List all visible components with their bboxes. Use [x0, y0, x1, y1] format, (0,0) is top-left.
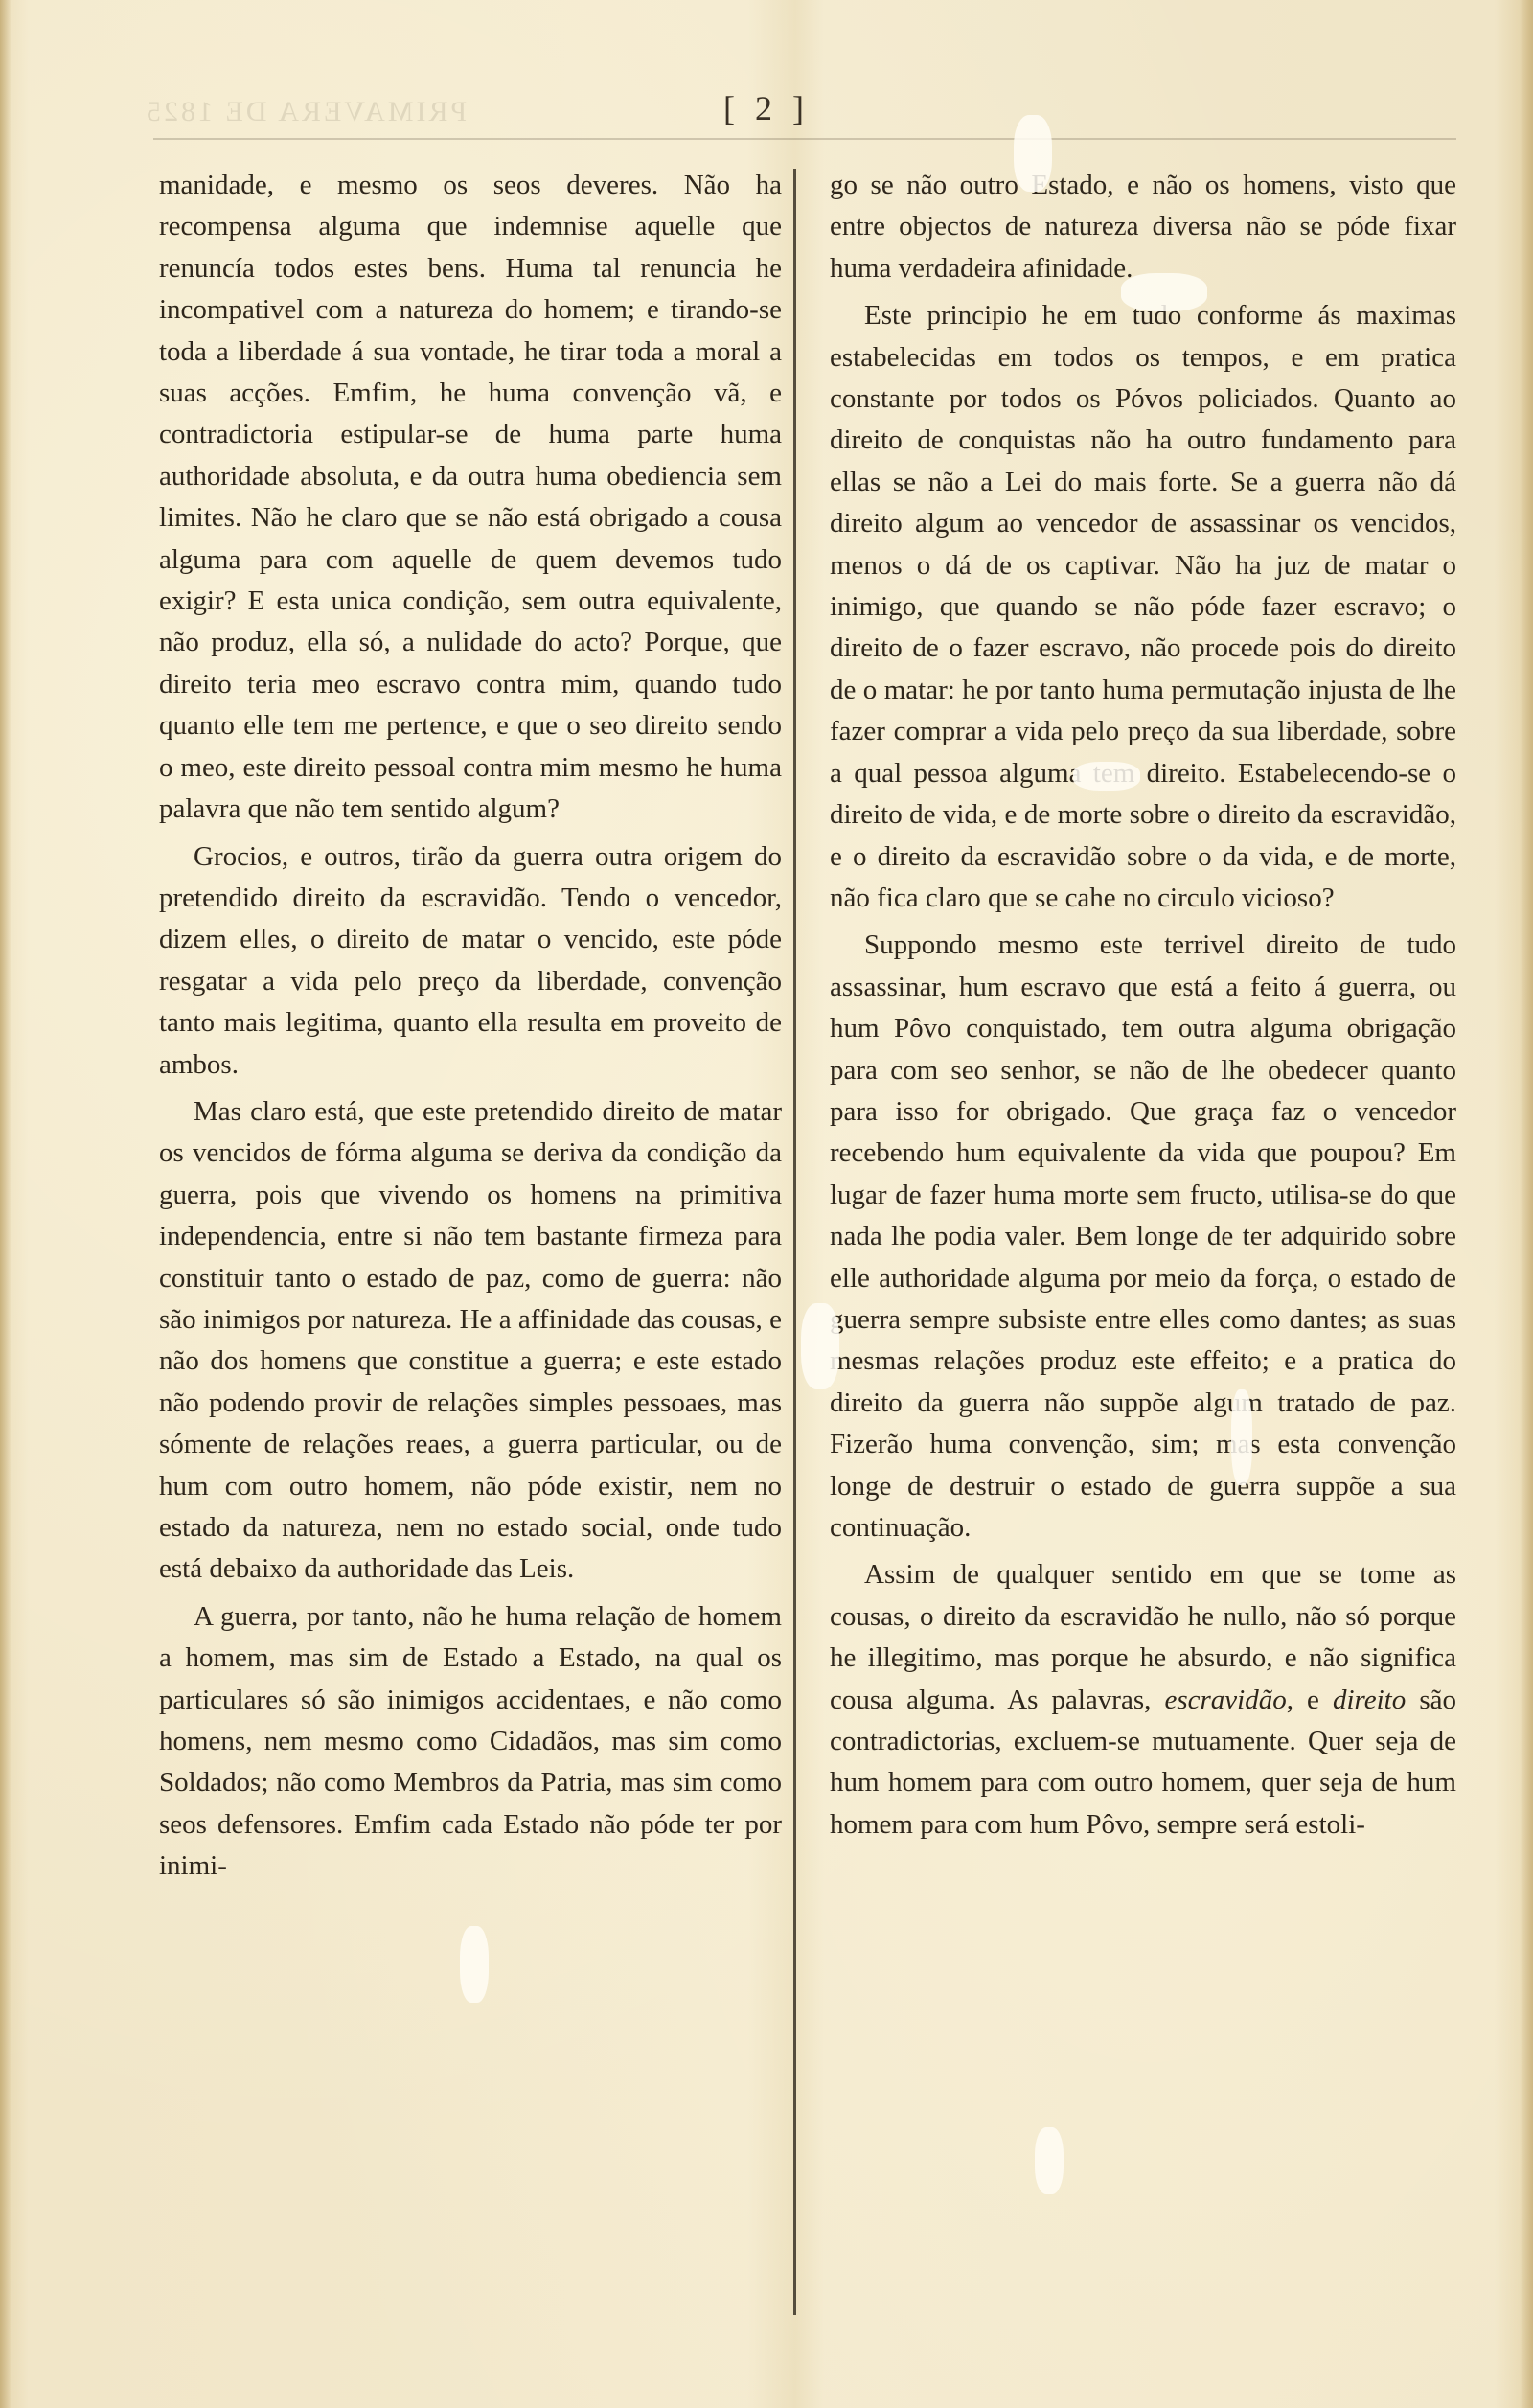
paper-stain — [1231, 1389, 1252, 1485]
paper-edge-left — [0, 0, 11, 2408]
page-header: [ 2 ] — [0, 88, 1533, 128]
paper-stain — [1073, 762, 1140, 791]
left-column: manidade, e mesmo os seos deveres. Não h… — [159, 165, 782, 1888]
paragraph: go se não outro Estado, e não os homens,… — [830, 165, 1456, 289]
page-number: [ 2 ] — [723, 89, 810, 127]
paragraph: manidade, e mesmo os seos deveres. Não h… — [159, 165, 782, 831]
paragraph: Mas claro está, que este pretendido dire… — [159, 1091, 782, 1591]
paragraph: Este principio he em tudo conforme ás ma… — [830, 295, 1456, 919]
italic-term: escravidão — [1164, 1685, 1286, 1715]
paragraph: Assim de qualquer sentido em que se tome… — [830, 1554, 1456, 1846]
paper-stain — [801, 1303, 839, 1389]
paragraph: Suppondo mesmo este terrivel direito de … — [830, 925, 1456, 1548]
paper-edge-right — [1520, 0, 1533, 2408]
paper-stain — [1121, 273, 1207, 311]
paragraph: Grocios, e outros, tirão da guerra outra… — [159, 837, 782, 1086]
right-column: go se não outro Estado, e não os homens,… — [830, 165, 1456, 1846]
paper-stain — [460, 1926, 489, 2003]
paragraph: A guerra, por tanto, não he huma relação… — [159, 1596, 782, 1888]
paper-stain — [1014, 115, 1052, 192]
newspaper-page: PRIMAVERA DE 1825 [ 2 ] manidade, e mesm… — [0, 0, 1533, 2408]
paragraph-text: , e — [1287, 1685, 1333, 1715]
paper-stain — [1035, 2127, 1064, 2194]
column-divider — [793, 169, 796, 2315]
italic-term: direito — [1333, 1685, 1406, 1715]
header-rule — [153, 138, 1456, 140]
